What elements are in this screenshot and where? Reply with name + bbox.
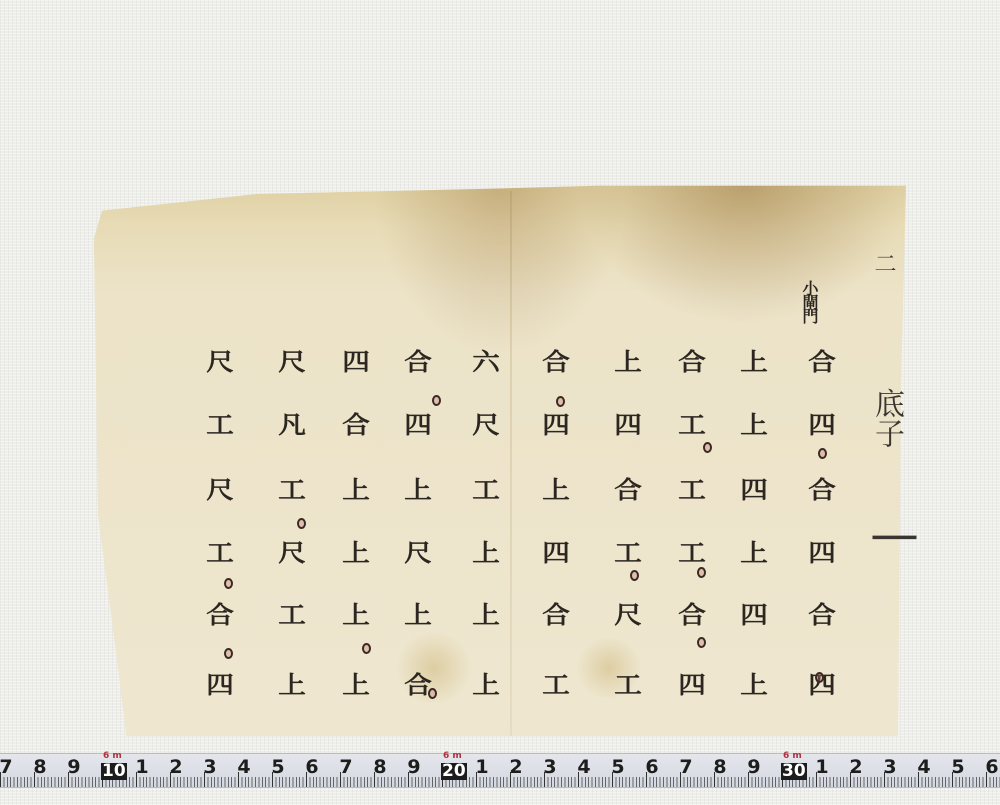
notation-character: 尺 [186,342,255,377]
circle-mark-icon [697,637,706,648]
notation-character: 上 [258,665,327,700]
ruler-digit: 6 [982,756,1000,778]
ruler-digit: 5 [608,756,628,778]
notation-character: 四 [720,595,789,630]
circle-mark-icon [297,518,306,529]
notation-character: 四 [788,533,857,568]
manuscript-sheet [94,183,906,736]
notation-character: 上 [452,665,521,700]
notation-character: 上 [720,405,789,440]
circle-mark-icon [432,395,441,406]
notation-character: 尺 [258,533,327,568]
notation-character: 六 [452,342,521,377]
notation-character: 上 [720,665,789,700]
notation-character: 工 [658,405,727,440]
page-number: 二 [868,252,899,274]
ruler-digit: 3 [880,756,900,778]
notation-character: 四 [522,405,591,440]
notation-character: 工 [452,470,521,505]
circle-mark-icon [703,442,712,453]
notation-character: 工 [522,665,591,700]
ruler-digit: 2 [166,756,186,778]
notation-character: 上 [594,342,663,377]
notation-character: 工 [186,533,255,568]
ruler-unit-label: 6 m [103,751,122,761]
notation-character: 工 [258,470,327,505]
margin-stroke: | [872,530,923,545]
notation-character: 尺 [452,405,521,440]
circle-mark-icon [815,672,824,683]
notation-character: 合 [658,342,727,377]
notation-character: 工 [658,533,727,568]
ruler-unit-label: 6 m [783,751,802,761]
ruler-digit: 7 [676,756,696,778]
notation-character: 合 [788,342,857,377]
ruler-digit: 4 [234,756,254,778]
notation-character: 四 [522,533,591,568]
ruler-digit: 9 [744,756,764,778]
notation-character: 四 [594,405,663,440]
notation-character: 上 [720,533,789,568]
notation-character: 工 [658,470,727,505]
notation-character: 尺 [186,470,255,505]
ruler-digit: 5 [948,756,968,778]
notation-character: 上 [384,595,453,630]
ruler-digit: 7 [0,756,16,778]
ruler-digit: 6 [302,756,322,778]
ruler-decimeter-box: 10 [101,763,127,780]
notation-character: 四 [322,342,391,377]
ruler-digit: 3 [540,756,560,778]
circle-mark-icon [224,648,233,659]
ruler-digit: 3 [200,756,220,778]
notation-character: 四 [788,405,857,440]
notation-character: 合 [384,665,453,700]
notation-character: 上 [452,595,521,630]
notation-character: 四 [720,470,789,505]
circle-mark-icon [630,570,639,581]
notation-character: 合 [384,342,453,377]
notation-character: 工 [594,533,663,568]
notation-character: 尺 [384,533,453,568]
ruler-unit-label: 6 m [443,751,462,761]
measuring-tape: 789106 m123456789206 m123456789306 m1234… [0,753,1000,788]
notation-character: 工 [594,665,663,700]
circle-mark-icon [362,643,371,654]
notation-character: 合 [788,595,857,630]
ruler-digit: 1 [812,756,832,778]
ruler-digit: 4 [914,756,934,778]
notation-character: 四 [384,405,453,440]
notation-character: 尺 [258,342,327,377]
notation-character: 四 [186,665,255,700]
ruler-digit: 8 [30,756,50,778]
notation-character: 四 [788,665,857,700]
notation-character: 合 [594,470,663,505]
ruler-digit: 6 [642,756,662,778]
notation-character: 上 [322,470,391,505]
margin-label: 底子 [864,388,908,448]
heading-text: 小閘門 [798,280,821,322]
notation-character: 合 [322,405,391,440]
ruler-digit: 2 [506,756,526,778]
notation-character: 上 [322,665,391,700]
circle-mark-icon [428,688,437,699]
notation-character: 上 [720,342,789,377]
ruler-digit: 1 [132,756,152,778]
notation-character: 四 [658,665,727,700]
notation-character: 凡 [258,405,327,440]
notation-character: 上 [322,595,391,630]
circle-mark-icon [818,448,827,459]
notation-character: 合 [186,595,255,630]
ruler-digit: 1 [472,756,492,778]
circle-mark-icon [556,396,565,407]
ruler-digit: 8 [710,756,730,778]
circle-mark-icon [697,567,706,578]
notation-character: 合 [788,470,857,505]
notation-character: 上 [384,470,453,505]
notation-character: 合 [658,595,727,630]
ruler-decimeter-box: 20 [441,763,467,780]
notation-character: 合 [522,342,591,377]
page-fold [510,191,512,736]
ruler-digit: 8 [370,756,390,778]
ruler-digit: 9 [64,756,84,778]
notation-character: 尺 [594,595,663,630]
ruler-digit: 5 [268,756,288,778]
ruler-digit: 9 [404,756,424,778]
notation-character: 工 [186,405,255,440]
notation-character: 工 [258,595,327,630]
ruler-digit: 4 [574,756,594,778]
notation-character: 合 [522,595,591,630]
circle-mark-icon [224,578,233,589]
notation-character: 上 [522,470,591,505]
ruler-decimeter-box: 30 [781,763,807,780]
ruler-digit: 2 [846,756,866,778]
ruler-digit: 7 [336,756,356,778]
notation-character: 上 [322,533,391,568]
notation-character: 上 [452,533,521,568]
